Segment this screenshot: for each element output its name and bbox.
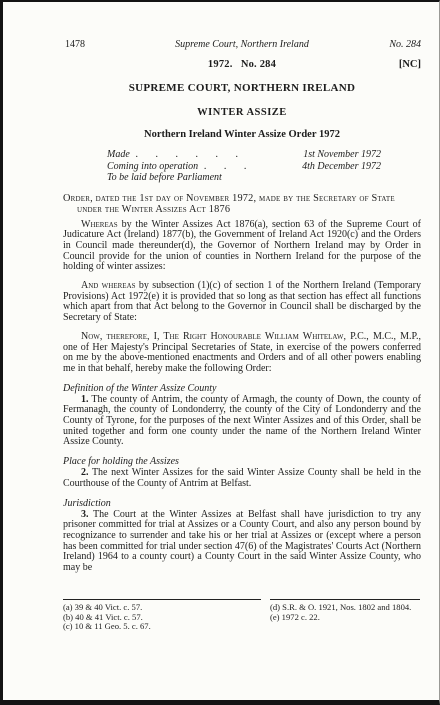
section-text: The Court at the Winter Assizes at Belfa… [63,509,421,574]
section-number: 2. [81,467,89,478]
recital-lead: Whereas [81,219,118,230]
parliament-label: To be laid before Parliament [107,172,222,184]
dot-leader: . . . [198,161,302,173]
footnote-e: (e) 1972 c. 22. [270,613,420,623]
page-header: 1478 Supreme Court, Northern Ireland No.… [63,39,421,51]
section-body-3: 3. The Court at the Winter Assizes at Be… [63,510,421,574]
recital-now-therefore: Now, therefore, I, The Right Honourable … [63,332,421,375]
section-heading-definition: Definition of the Winter Assize County [63,383,421,394]
nc-tag: [NC] [399,58,421,71]
operation-label: Coming into operation [107,161,198,173]
date-row-made: Made . . . . . . 1st November 1972 [107,149,381,161]
order-caption: Order, dated the 1st day of November 197… [63,193,421,215]
assize-title: WINTER ASSIZE [63,106,421,119]
issue-number: No. 284 [389,39,421,51]
order-title: Northern Ireland Winter Assize Order 197… [63,128,421,141]
year-number-line: 1972. No. 284 [208,59,276,70]
date-row-parliament: To be laid before Parliament [107,172,381,184]
section-number: 1. [81,394,89,405]
section-heading-place: Place for holding the Assizes [63,456,421,467]
dates-block: Made . . . . . . 1st November 1972 Comin… [107,149,381,184]
running-title: Supreme Court, Northern Ireland [63,39,421,51]
made-value: 1st November 1972 [303,149,381,161]
section-body-1: 1. The county of Antrim, the county of A… [63,395,421,449]
recital-lead: And whereas [81,280,136,291]
recital-lead: Now, therefore, I, The Right Honourable … [81,331,421,342]
section-text: The next Winter Assizes for the said Win… [63,467,421,489]
footnote-c: (c) 10 & 11 Geo. 5. c. 67. [63,622,261,632]
section-heading-jurisdiction: Jurisdiction [63,498,421,509]
document-page: 1478 Supreme Court, Northern Ireland No.… [0,0,440,705]
year-number-row: 1972. No. 284 [NC] [63,58,421,71]
recital-and-whereas: And whereas by subsection (1)(c) of sect… [63,281,421,324]
court-title: SUPREME COURT, NORTHERN IRELAND [63,81,421,95]
operation-value: 4th December 1972 [302,161,381,173]
dot-leader [222,172,381,184]
section-body-2: 2. The next Winter Assizes for the said … [63,468,421,489]
section-text: The county of Antrim, the county of Arma… [63,394,421,448]
footnotes-right-column: (d) S.R. & O. 1921, Nos. 1802 and 1804. … [270,599,420,632]
date-row-operation: Coming into operation . . . 4th December… [107,161,381,173]
recital-whereas: Whereas by the Winter Assizes Act 1876(a… [63,220,421,274]
made-label: Made [107,149,130,161]
section-number: 3. [81,509,89,520]
footnotes-left-column: (a) 39 & 40 Vict. c. 57. (b) 40 & 41 Vic… [63,599,261,632]
footnotes: (a) 39 & 40 Vict. c. 57. (b) 40 & 41 Vic… [63,599,421,632]
dot-leader: . . . . . . [130,149,303,161]
recital-text: one of Her Majesty's Principal Secretari… [63,342,421,374]
recital-text: by the Winter Assizes Act 1876(a), secti… [63,219,421,273]
